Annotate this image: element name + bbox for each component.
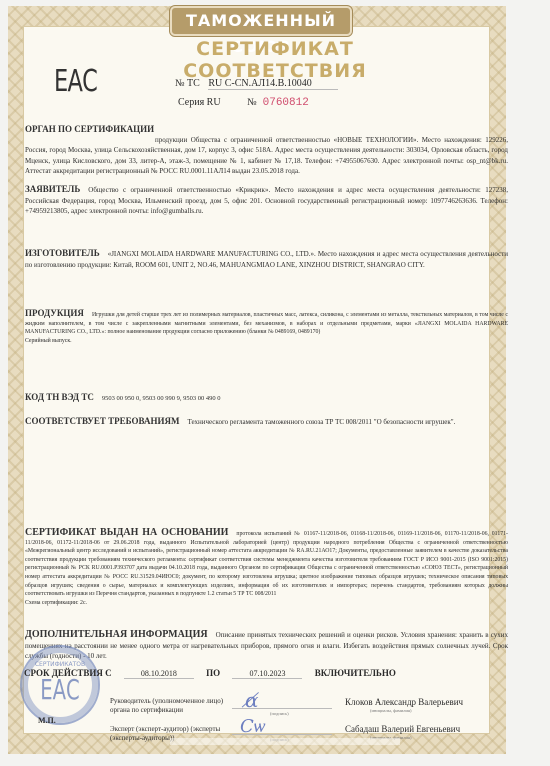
- product-text: Игрушки для детей старше трех лет из пол…: [25, 312, 508, 335]
- series-line: Серия RU №0760812: [178, 97, 309, 109]
- expert-signature: Сѡ: [240, 716, 265, 737]
- validity-suffix: ВКЛЮЧИТЕЛЬНО: [315, 668, 396, 678]
- series-label: Серия RU: [178, 97, 221, 108]
- section-hs-code: КОД ТН ВЭД ТС9503 00 950 0, 9503 00 990 …: [25, 392, 508, 405]
- section-conforms: СООТВЕТСТВУЕТ ТРЕБОВАНИЯМТехнического ре…: [25, 416, 508, 428]
- certificate-number: № ТС RU C-CN.АЛ14.В.10040: [175, 78, 338, 90]
- serial-value: 0760812: [263, 97, 309, 109]
- validity-from-date: 08.10.2018: [124, 669, 194, 679]
- manufacturer-label: ИЗГОТОВИТЕЛЬ: [25, 248, 100, 258]
- certificate-title: СЕРТИФИКАТ СООТВЕТСТВИЯ: [140, 38, 410, 82]
- section-basis: СЕРТИФИКАТ ВЫДАН НА ОСНОВАНИИпротокола и…: [25, 529, 508, 607]
- product-extra: Серийный выпуск.: [25, 337, 508, 346]
- printer-imprint-strip: [170, 738, 400, 745]
- basis-extra: Схема сертификации: 2с.: [25, 599, 508, 608]
- head-role: Руководитель (уполномоченное лицо) орган…: [110, 697, 225, 715]
- validity-to-date: 07.10.2023: [232, 669, 302, 679]
- basis-label: СЕРТИФИКАТ ВЫДАН НА ОСНОВАНИИ: [25, 527, 228, 538]
- head-signature: ɑ̸: [245, 688, 259, 712]
- applicant-text: Общество с ограниченной ответственностью…: [25, 186, 508, 215]
- cert-body-label: ОРГАН ПО СЕРТИФИКАЦИИ: [25, 124, 500, 135]
- section-applicant: ЗАЯВИТЕЛЬОбщество с ограниченной ответст…: [25, 184, 508, 217]
- stamp-place-label: М.П.: [38, 716, 56, 725]
- head-sign-caption: (подпись): [270, 711, 289, 716]
- certification-stamp: СЕРТИФИКАТОВ ЕАС: [20, 645, 100, 725]
- head-name: Клоков Александр Валерьевич: [345, 697, 463, 707]
- hs-code-text: 9503 00 950 0, 9503 00 990 9, 9503 00 49…: [102, 395, 221, 402]
- applicant-label: ЗАЯВИТЕЛЬ: [25, 184, 80, 194]
- hs-code-label: КОД ТН ВЭД ТС: [25, 392, 94, 402]
- head-name-caption: (инициалы, фамилия): [370, 708, 412, 713]
- eac-mark-icon: ЕАС: [54, 64, 97, 99]
- customs-union-banner: ТАМОЖЕННЫЙ СОЮЗ: [170, 6, 352, 36]
- cert-number-label: № ТС: [175, 78, 200, 89]
- cert-number-value: RU C-CN.АЛ14.В.10040: [208, 78, 338, 90]
- validity-from-label: СРОК ДЕЙСТВИЯ С: [24, 668, 112, 678]
- product-label: ПРОДУКЦИЯ: [25, 308, 84, 318]
- additional-label: ДОПОЛНИТЕЛЬНАЯ ИНФОРМАЦИЯ: [25, 629, 208, 640]
- section-product: ПРОДУКЦИЯИгрушки для детей старше трех л…: [25, 309, 508, 345]
- serial-label: №: [247, 97, 257, 108]
- serial-number: №0760812: [247, 97, 309, 109]
- expert-name: Сабадаш Валерий Евгеньевич: [345, 724, 460, 734]
- conforms-text: Технического регламента таможенного союз…: [187, 418, 455, 426]
- section-additional: ДОПОЛНИТЕЛЬНАЯ ИНФОРМАЦИЯОписание принят…: [25, 630, 508, 662]
- cert-body-text: продукции Общества с ограниченной ответс…: [25, 135, 508, 177]
- section-cert-body: ОРГАН ПО СЕРТИФИКАЦИИ продукции Общества…: [25, 124, 508, 177]
- conforms-label: СООТВЕТСТВУЕТ ТРЕБОВАНИЯМ: [25, 416, 179, 426]
- stamp-text: СЕРТИФИКАТОВ: [22, 661, 98, 668]
- validity-to-label: ПО: [206, 668, 220, 678]
- validity-period: СРОК ДЕЙСТВИЯ С 08.10.2018 ПО 07.10.2023…: [24, 668, 396, 679]
- basis-text: протокола испытаний № 01167-11/2018-06, …: [25, 531, 508, 597]
- section-manufacturer: ИЗГОТОВИТЕЛЬ«JIANGXI MOLAIDA HARDWARE MA…: [25, 248, 508, 270]
